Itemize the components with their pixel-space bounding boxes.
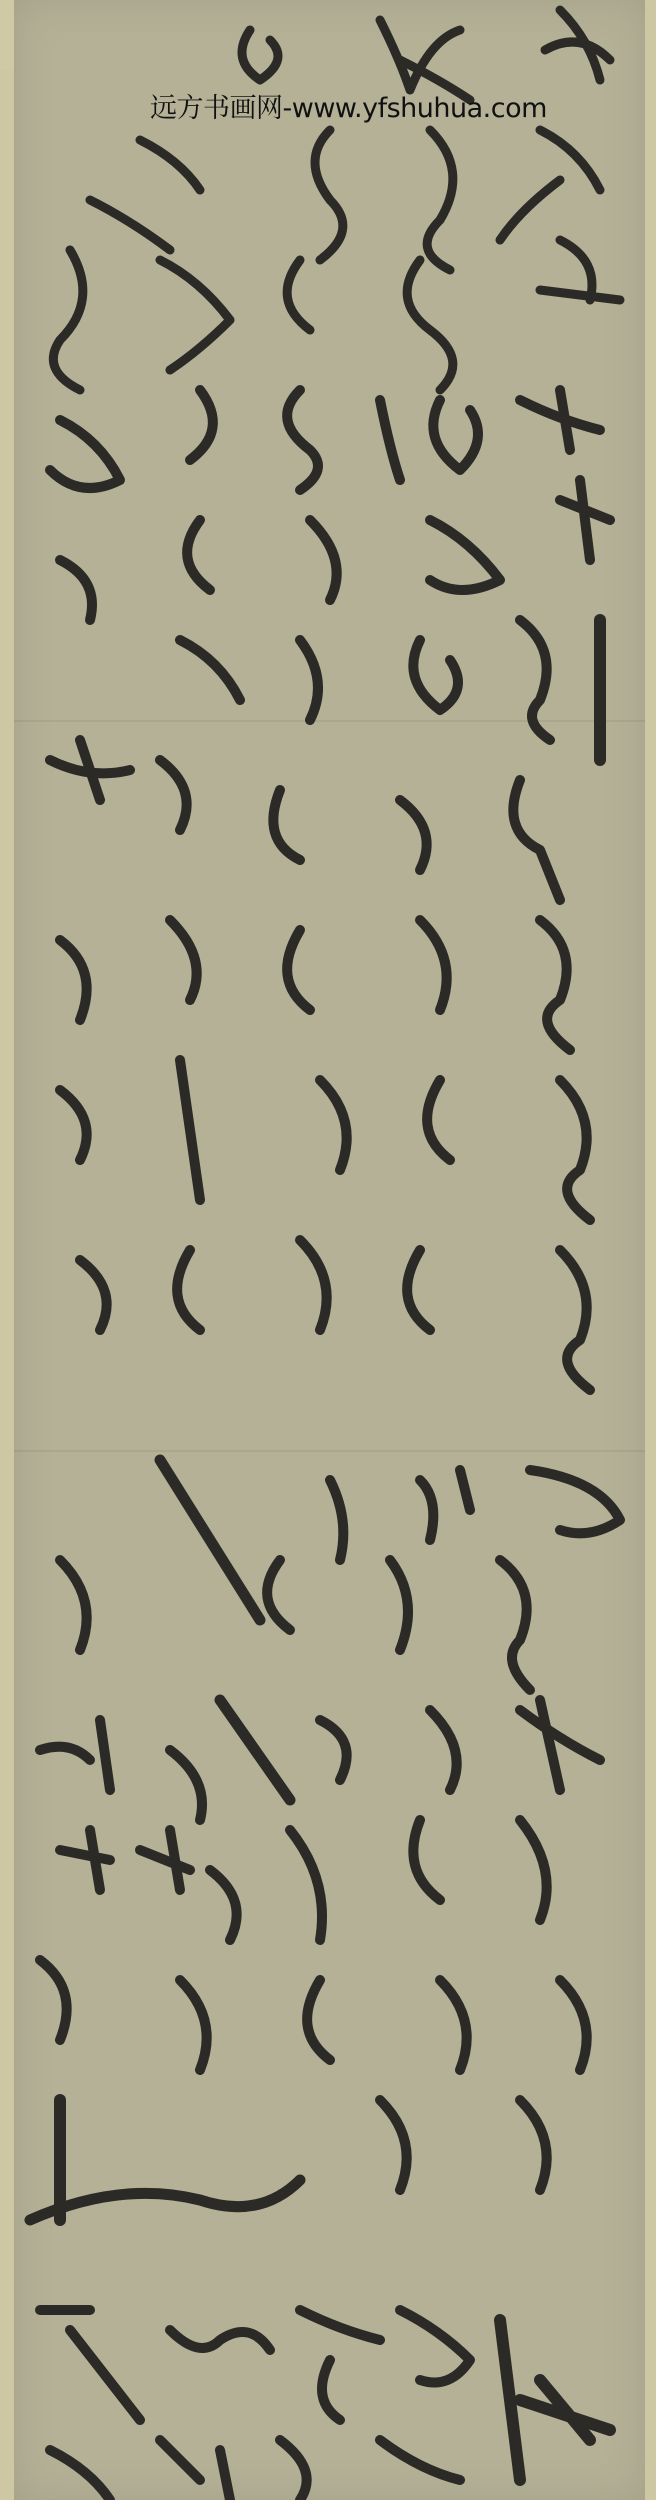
- calligraphy-ink-strokes: [0, 0, 656, 2500]
- watermark-text: 远方书画网-www.yfshuhua.com: [150, 86, 547, 125]
